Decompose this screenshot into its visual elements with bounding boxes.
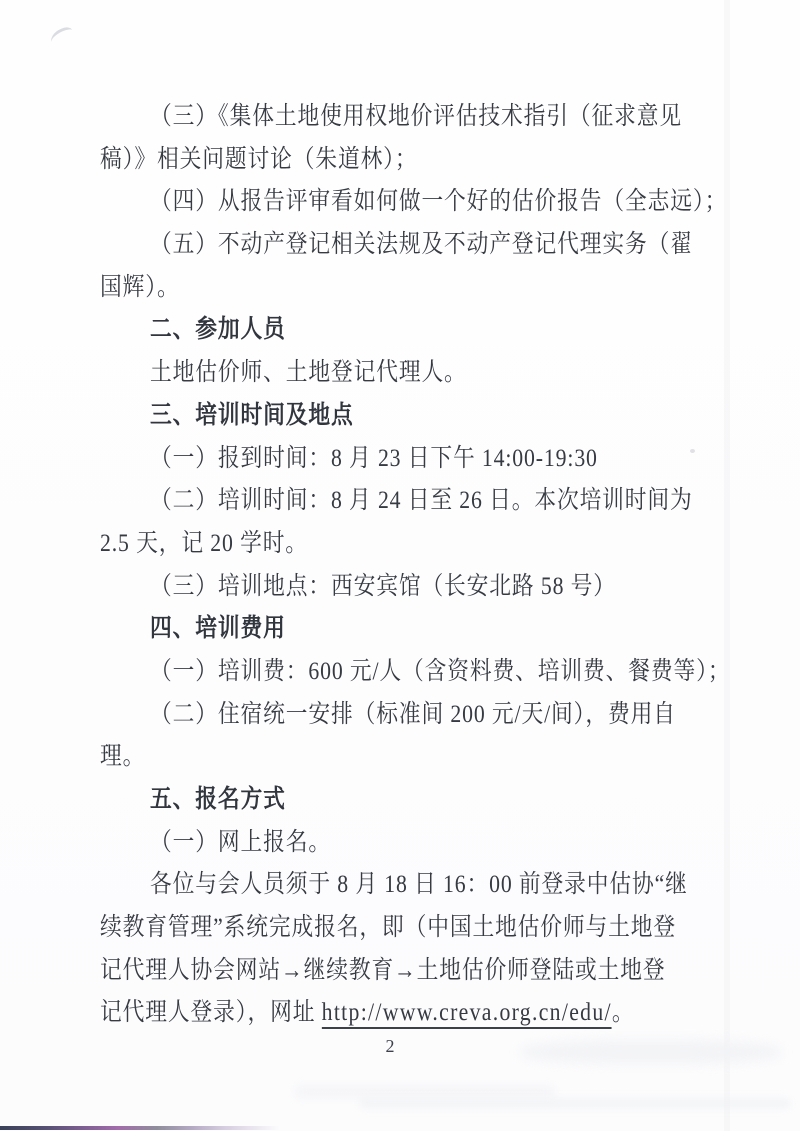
- line-training-fee: （一）培训费：600 元/人（含资料费、培训费、餐费等）；: [150, 651, 632, 694]
- line-training-time-continuation: 2.5 天，记 20 学时。: [100, 523, 625, 566]
- line-topic5-continuation: 国辉）。: [100, 267, 625, 310]
- scan-noise-bottom-center: [295, 1086, 555, 1098]
- line-registration-deadline: 各位与会人员须于 8 月 18 日 16：00 前登录中估协“继: [150, 864, 632, 907]
- scan-edge-artifact-line: [0, 1126, 280, 1130]
- line-lodging: （二）住宿统一安排（标准间 200 元/天/间），费用自: [150, 694, 632, 737]
- line-registration-continuation-2: 记代理人协会网站→继续教育→土地估价师登陆或土地登: [100, 950, 625, 993]
- line-training-venue: （三）培训地点：西安宾馆（长安北路 58 号）: [150, 566, 632, 609]
- line-registration-continuation-1: 续教育管理”系统完成报名，即（中国土地估价师与土地登: [100, 907, 625, 950]
- line-topic3-title: （三）《集体土地使用权地价评估技术指引（征求意见: [150, 96, 632, 139]
- line-topic5: （五）不动产登记相关法规及不动产登记代理实务（翟: [150, 224, 632, 267]
- scan-smudge-top-left: [48, 25, 76, 48]
- line-topic4: （四）从报告评审看如何做一个好的估价报告（全志远）；: [150, 181, 632, 224]
- scan-noise-bottom-right: [520, 1040, 782, 1064]
- line-participants: 土地估价师、土地登记代理人。: [150, 352, 632, 395]
- registration-url-link[interactable]: http://www.creva.org.cn/edu/: [322, 999, 612, 1029]
- document-body: （三）《集体土地使用权地价评估技术指引（征求意见 稿）》相关问题讨论（朱道林）；…: [100, 96, 704, 1035]
- line-online-registration: （一）网上报名。: [150, 822, 632, 865]
- url-suffix-text: 。: [612, 999, 635, 1026]
- heading-time-venue: 三、培训时间及地点: [150, 395, 632, 438]
- url-prefix-text: 记代理人登录），网址: [100, 999, 322, 1026]
- heading-participants: 二、参加人员: [150, 309, 632, 352]
- line-lodging-continuation: 理。: [100, 736, 625, 779]
- heading-fees: 四、培训费用: [150, 608, 632, 651]
- line-registration-url: 记代理人登录），网址 http://www.creva.org.cn/edu/。: [100, 992, 625, 1035]
- scanned-document-page: （三）《集体土地使用权地价评估技术指引（征求意见 稿）》相关问题讨论（朱道林）；…: [0, 0, 800, 1131]
- line-training-time: （二）培训时间：8 月 24 日至 26 日。本次培训时间为: [150, 480, 632, 523]
- line-checkin-time: （一）报到时间：8 月 23 日下午 14:00-19:30: [150, 438, 632, 481]
- scan-noise-bottom-wide: [360, 1099, 790, 1108]
- heading-registration: 五、报名方式: [150, 779, 632, 822]
- scan-streak-artifact: [724, 0, 730, 1131]
- line-topic3-continuation: 稿）》相关问题讨论（朱道林）；: [100, 139, 625, 182]
